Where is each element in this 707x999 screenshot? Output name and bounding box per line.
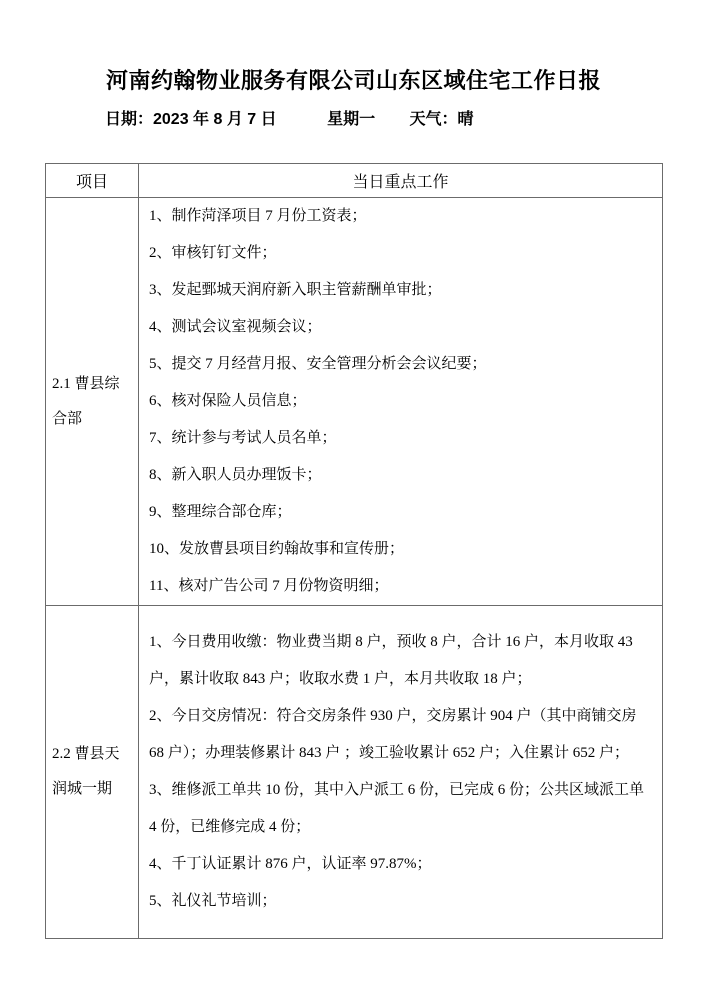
weekday-text: 星期一 [327, 111, 375, 128]
column-header-project: 项目 [46, 164, 139, 198]
work-item: 4、千丁认证累计 876 户，认证率 97.87%； [149, 846, 654, 883]
work-item: 1、制作菏泽项目 7 月份工资表； [149, 198, 654, 235]
work-item: 9、整理综合部仓库； [149, 494, 654, 531]
work-item: 6、核对保险人员信息； [149, 383, 654, 420]
project-label: 2.1 曹县综合部 [46, 198, 139, 606]
work-items-cell: 1、制作菏泽项目 7 月份工资表； 2、审核钉钉文件； 3、发起鄄城天润府新入职… [139, 198, 663, 606]
work-item: 1、今日费用收缴：物业费当期 8 户，预收 8 户，合计 16 户，本月收取 4… [149, 624, 654, 698]
document-page: 河南约翰物业服务有限公司山东区域住宅工作日报 日期：2023 年 8 月 7 日… [0, 0, 707, 999]
work-item: 2、今日交房情况：符合交房条件 930 户，交房累计 904 户（其中商铺交房 … [149, 698, 654, 772]
work-item: 11、核对广告公司 7 月份物资明细； [149, 568, 654, 605]
work-item: 7、统计参与考试人员名单； [149, 420, 654, 457]
work-item: 10、发放曹县项目约翰故事和宣传册； [149, 531, 654, 568]
table-row-caoxian-zonghebu: 2.1 曹县综合部 1、制作菏泽项目 7 月份工资表； 2、审核钉钉文件； 3、… [46, 198, 663, 606]
project-label: 2.2 曹县天润城一期 [46, 606, 139, 939]
work-item: 3、维修派工单共 10 份，其中入户派工 6 份，已完成 6 份；公共区域派工单… [149, 772, 654, 846]
work-item: 4、测试会议室视频会议； [149, 309, 654, 346]
work-item: 3、发起鄄城天润府新入职主管薪酬单审批； [149, 272, 654, 309]
work-item: 8、新入职人员办理饭卡； [149, 457, 654, 494]
weather-text: 天气：晴 [410, 111, 474, 128]
table-row-tianrun-phase1: 2.2 曹县天润城一期 1、今日费用收缴：物业费当期 8 户，预收 8 户，合计… [46, 606, 663, 939]
table-header-row: 项目 当日重点工作 [46, 164, 663, 198]
work-item: 5、提交 7 月经营月报、安全管理分析会会议纪要； [149, 346, 654, 383]
meta-line: 日期：2023 年 8 月 7 日 星期一 天气：晴 [0, 94, 707, 130]
page-title: 河南约翰物业服务有限公司山东区域住宅工作日报 [0, 0, 707, 94]
work-item: 5、礼仪礼节培训； [149, 883, 654, 920]
work-items-cell: 1、今日费用收缴：物业费当期 8 户，预收 8 户，合计 16 户，本月收取 4… [139, 606, 663, 939]
date-text: 日期：2023 年 8 月 7 日 [105, 111, 277, 128]
work-item: 2、审核钉钉文件； [149, 235, 654, 272]
daily-report-table: 项目 当日重点工作 2.1 曹县综合部 1、制作菏泽项目 7 月份工资表； 2、… [45, 163, 663, 939]
column-header-work: 当日重点工作 [139, 164, 663, 198]
